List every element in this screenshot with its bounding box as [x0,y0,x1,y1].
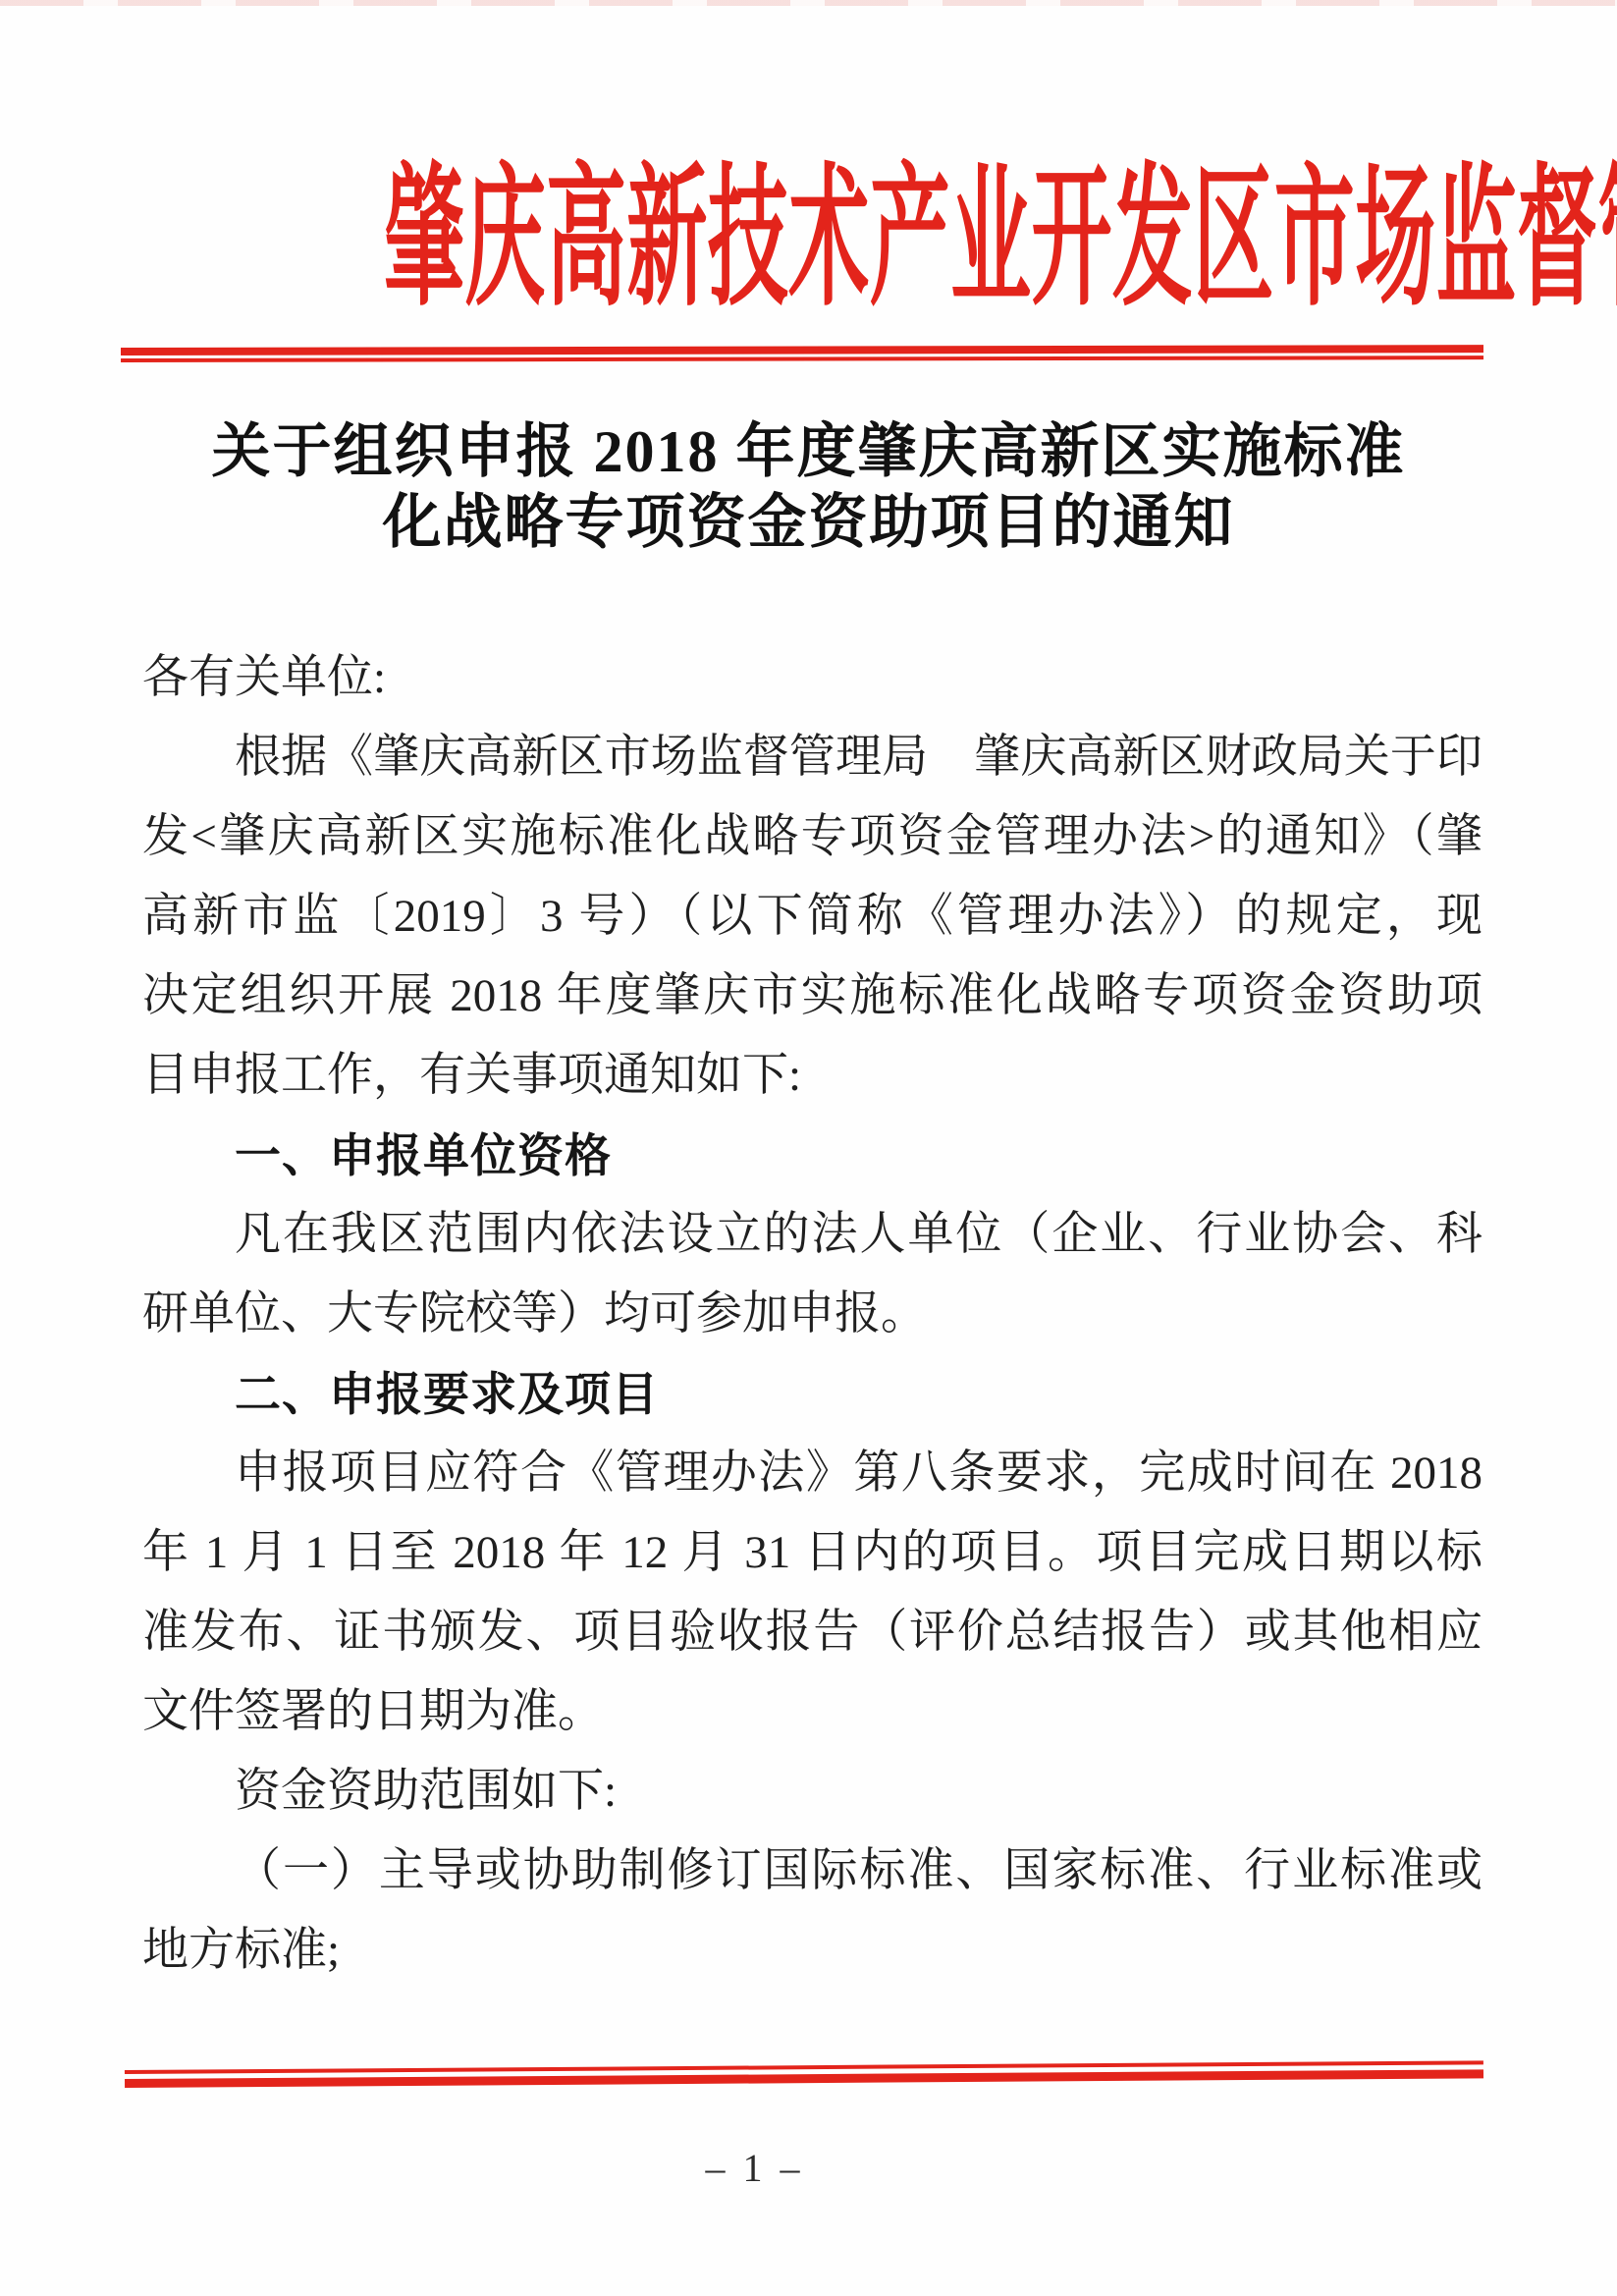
body-line: 凡在我区范围内依法设立的法人单位（企业、行业协会、科 [142,1195,1482,1275]
letterhead-separator-line [121,345,1483,362]
body-line: 决定组织开展 2018 年度肇庆市实施标准化战略专项资金资助项 [142,957,1482,1036]
body-line: 目申报工作，有关事项通知如下: [142,1036,1482,1116]
scanned-notice-page: 肇庆高新技术产业开发区市场监督管理局 关于组织申报 2018 年度肇庆高新区实施… [0,0,1617,2296]
body-line: 根据《肇庆高新区市场监督管理局 肇庆高新区财政局关于印 [142,718,1482,797]
document-title: 关于组织申报 2018 年度肇庆高新区实施标准 化战略专项资金资助项目的通知 [0,416,1617,558]
page-number: – 1 – [0,2145,1563,2191]
document-body: 各有关单位: 根据《肇庆高新区市场监督管理局 肇庆高新区财政局关于印 发<肇庆高… [142,638,1482,1991]
body-line: 申报项目应符合《管理办法》第八条要求，完成时间在 2018 [142,1434,1482,1513]
body-line: （一）主导或协助制修订国际标准、国家标准、行业标准或 [142,1831,1482,1911]
body-line: 资金资助范围如下: [142,1752,1482,1831]
document-title-line1: 关于组织申报 2018 年度肇庆高新区实施标准 [0,416,1617,487]
separator-thick-stripe [121,345,1483,355]
letterhead-agency-name: 肇庆高新技术产业开发区市场监督管理局 [384,163,1233,316]
body-line: 研单位、大专院校等）均可参加申报。 [142,1275,1482,1354]
separator-thin-stripe [121,355,1483,362]
scan-artifact-top-edge [0,0,1617,6]
section-heading-2: 二、申报要求及项目 [142,1354,1482,1434]
salutation: 各有关单位: [142,638,1482,718]
body-line: 文件签署的日期为准。 [142,1672,1482,1752]
body-line: 准发布、证书颁发、项目验收报告（评价总结报告）或其他相应 [142,1593,1482,1672]
footer-separator-line [125,2060,1483,2088]
body-line: 高新市监〔2019〕3 号）（以下简称《管理办法》）的规定，现 [142,877,1482,957]
body-line: 地方标准; [142,1911,1482,1991]
body-line: 年 1 月 1 日至 2018 年 12 月 31 日内的项目。项目完成日期以标 [142,1513,1482,1593]
body-line: 发<肇庆高新区实施标准化战略专项资金管理办法>的通知》（肇 [142,797,1482,877]
section-heading-1: 一、申报单位资格 [142,1116,1482,1195]
document-title-line2: 化战略专项资金资助项目的通知 [0,487,1617,558]
